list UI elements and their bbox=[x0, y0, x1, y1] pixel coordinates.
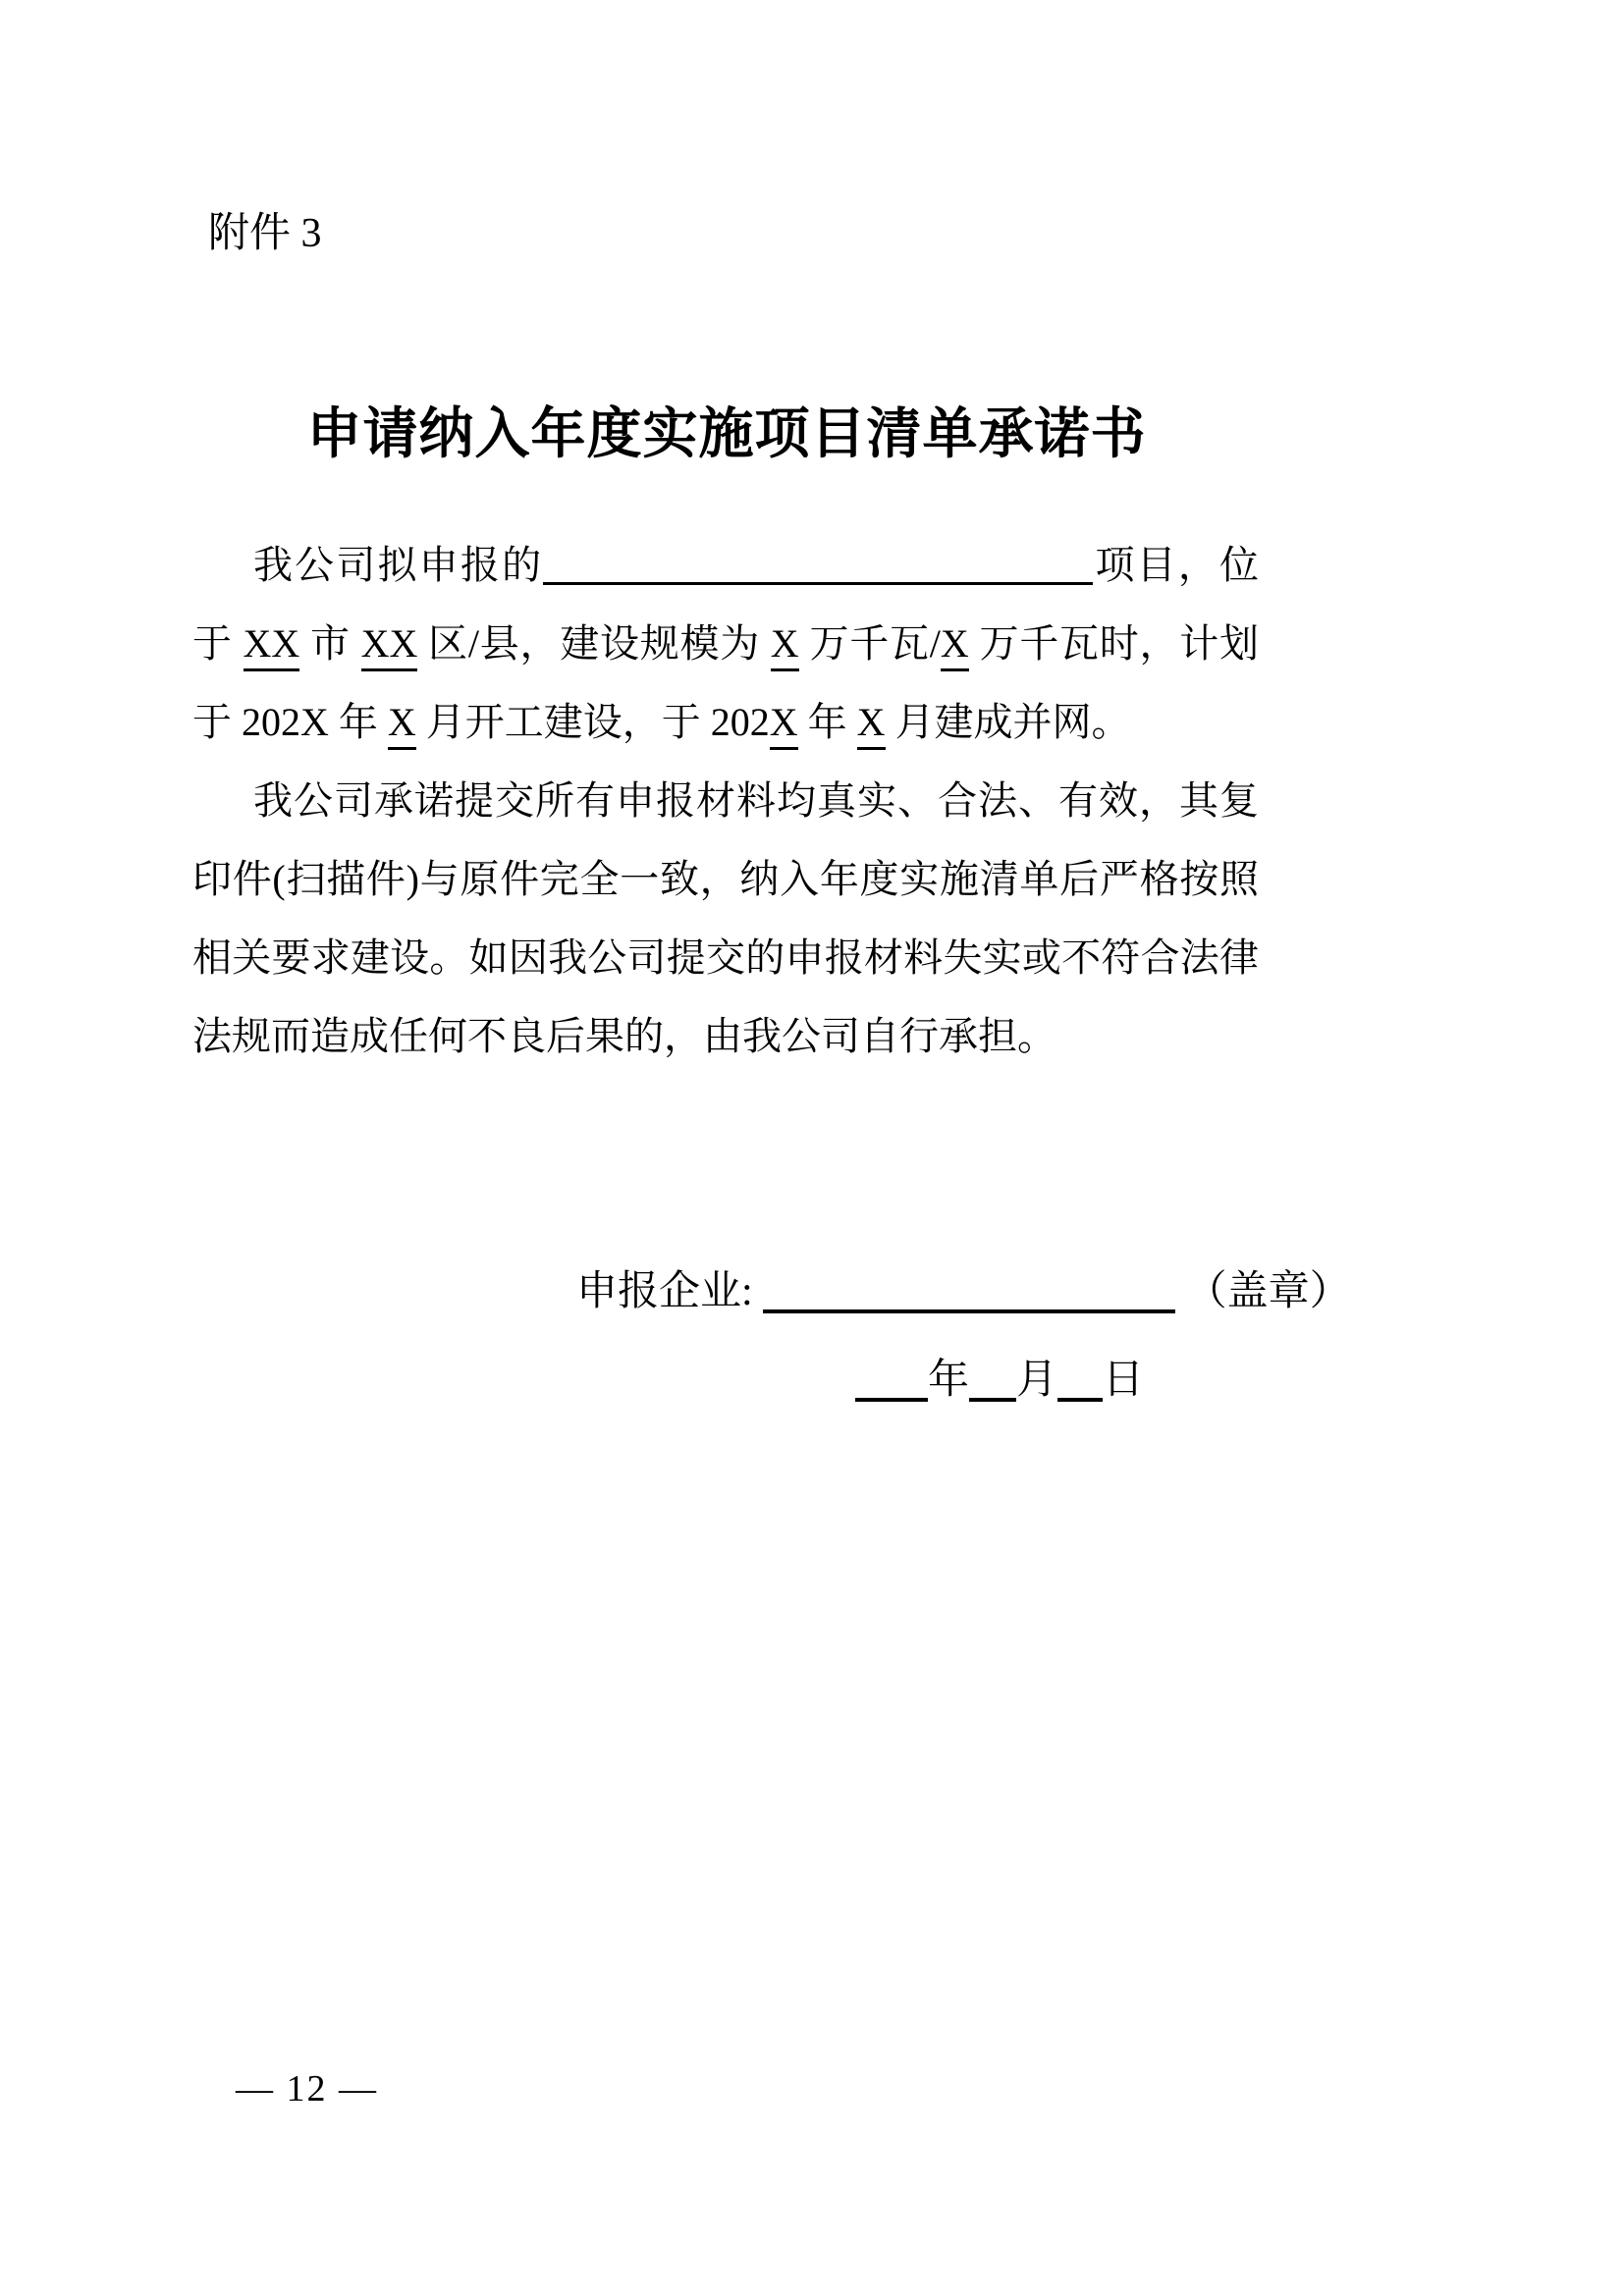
seal-label: （盖章） bbox=[1186, 1269, 1351, 1314]
p1-text-1: 我公司拟申报的 bbox=[253, 543, 543, 587]
p1-text-5: 万千瓦/ bbox=[799, 621, 941, 666]
day-blank-line bbox=[1057, 1357, 1103, 1402]
project-name-blank-line bbox=[543, 543, 1093, 585]
paragraph-commitment: 我公司承诺提交所有申报材料均真实、合法、有效，其复印件(扫描件)与原件完全一致，… bbox=[192, 762, 1259, 1076]
attachment-label: 附件 3 bbox=[208, 209, 322, 258]
signature-line: 申报企业: （盖章） bbox=[576, 1264, 1351, 1319]
date-line: 年月日 bbox=[855, 1353, 1144, 1408]
page-number: — 12 — bbox=[236, 2067, 378, 2110]
day-label: 日 bbox=[1103, 1358, 1144, 1403]
paragraph-project-info: 我公司拟申报的项目，位于 XX 市 XX 区/县，建设规模为 X 万千瓦/X 万… bbox=[192, 526, 1259, 762]
page-title: 申请纳入年度实施项目清单承诺书 bbox=[191, 391, 1262, 469]
p1-text-8: 年 bbox=[798, 700, 857, 744]
year-blank-line bbox=[855, 1357, 928, 1402]
month-blank-line bbox=[969, 1357, 1016, 1402]
company-name-blank-line bbox=[763, 1268, 1175, 1313]
company-label: 申报企业: bbox=[576, 1269, 753, 1314]
p1-text-9: 月建成并网。 bbox=[886, 700, 1131, 744]
finish-month-placeholder: X bbox=[857, 700, 886, 750]
capacity-mw-placeholder: X bbox=[771, 621, 799, 671]
p1-text-4: 区/县，建设规模为 bbox=[417, 621, 770, 666]
city-placeholder: XX bbox=[244, 621, 300, 671]
month-label: 月 bbox=[1016, 1358, 1057, 1403]
finish-year-placeholder: X bbox=[770, 700, 798, 750]
year-label: 年 bbox=[928, 1358, 969, 1403]
body-text: 我公司拟申报的项目，位于 XX 市 XX 区/县，建设规模为 X 万千瓦/X 万… bbox=[192, 526, 1259, 1076]
start-month-placeholder: X bbox=[388, 700, 416, 750]
p1-text-3: 市 bbox=[299, 621, 360, 666]
capacity-mwh-placeholder: X bbox=[941, 621, 969, 671]
district-placeholder: XX bbox=[361, 621, 418, 671]
p1-text-7: 月开工建设，于 202 bbox=[416, 700, 770, 744]
document-page: 附件 3 申请纳入年度实施项目清单承诺书 我公司拟申报的项目，位于 XX 市 X… bbox=[0, 0, 1624, 2296]
